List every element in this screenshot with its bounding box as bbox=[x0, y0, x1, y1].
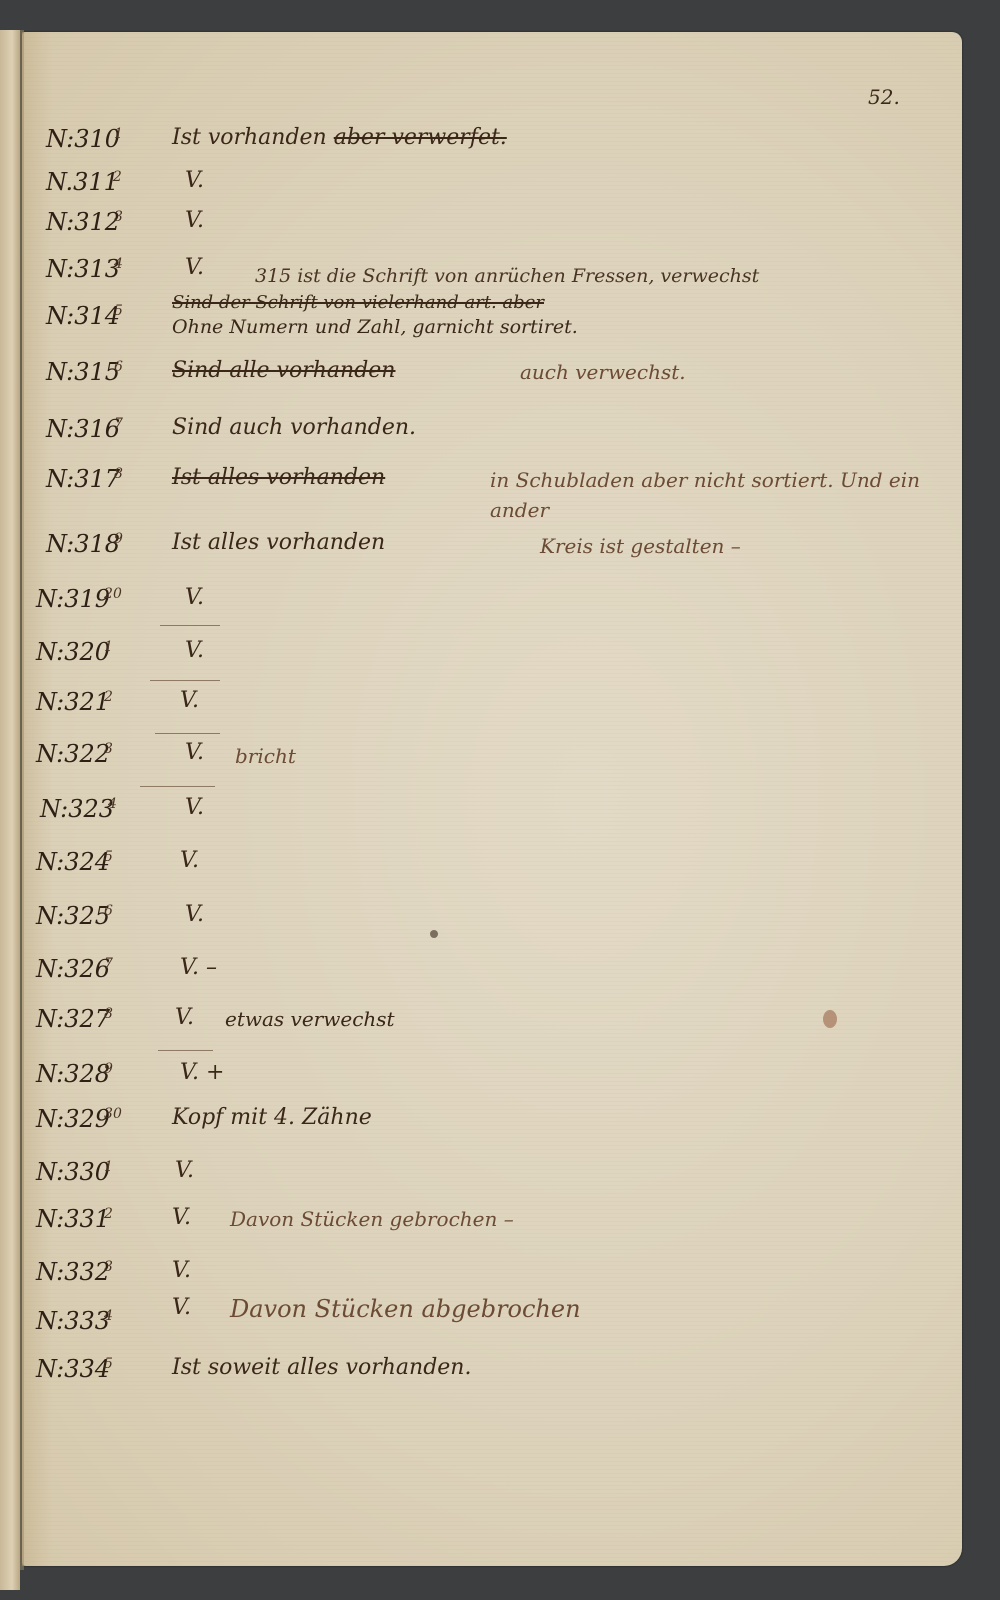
entry-row: N:3189 Ist alles vorhanden Kreis ist ges… bbox=[0, 530, 1000, 570]
entry-row: N:3201 V. bbox=[0, 638, 1000, 678]
margin-note-315: 315 ist die Schrift von anrüchen Fressen… bbox=[255, 265, 759, 287]
ink-stain bbox=[823, 1010, 837, 1028]
entry-number: N:3134 bbox=[46, 255, 123, 283]
entry-text: V. bbox=[175, 1158, 194, 1183]
entry-number: N:3245 bbox=[36, 848, 113, 876]
entry-number: N:3145 bbox=[46, 302, 123, 330]
ruled-separator bbox=[150, 680, 220, 681]
entry-row: N:3178 Ist alles vorhanden in Schubladen… bbox=[0, 465, 1000, 505]
entry-text: V. bbox=[185, 638, 204, 663]
entry-text: V. + bbox=[180, 1060, 224, 1085]
entry-text: Sind alle vorhanden bbox=[172, 358, 395, 383]
entry-number: N:3278 bbox=[36, 1005, 113, 1033]
entry-number: N:3312 bbox=[36, 1205, 113, 1233]
ink-spot bbox=[430, 930, 438, 938]
entry-row: N:3267 V. – bbox=[0, 955, 1000, 995]
entry-number: N:3101 bbox=[46, 125, 123, 153]
entry-note: Davon Stücken abgebrochen bbox=[230, 1295, 581, 1323]
page-number: 52. bbox=[868, 85, 900, 109]
entry-struck-line: Sind der Schrift von vielerhand art. abe… bbox=[172, 292, 544, 313]
entry-text: V. bbox=[180, 848, 199, 873]
entry-text: V. bbox=[172, 1258, 191, 1283]
entry-note: auch verwechst. bbox=[520, 360, 686, 384]
entry-text: V. bbox=[185, 168, 204, 193]
ruled-separator bbox=[160, 625, 220, 626]
entry-row: N:3223 V. bricht bbox=[0, 740, 1000, 780]
entry-number: N:3256 bbox=[36, 902, 113, 930]
entry-text: V. bbox=[175, 1005, 194, 1030]
entry-row: N:3301 V. bbox=[0, 1158, 1000, 1198]
entry-row: N:3101 Ist vorhanden aber verwerfet. bbox=[0, 125, 1000, 165]
entry-row: N:3312 V. Davon Stücken gebrochen – bbox=[0, 1205, 1000, 1245]
struck-text: aber verwerfet. bbox=[334, 125, 507, 150]
entry-text: Sind auch vorhanden. bbox=[172, 415, 416, 440]
entry-note: Kreis ist gestalten – bbox=[540, 534, 741, 558]
entry-number: N:3323 bbox=[36, 1258, 113, 1286]
entry-number: N:3234 bbox=[40, 795, 117, 823]
entry-row: N.3112 V. bbox=[0, 168, 1000, 208]
entry-row: N:3323 V. bbox=[0, 1258, 1000, 1298]
entry-text: Ist alles vorhanden bbox=[172, 530, 385, 555]
entry-number: N:3334 bbox=[36, 1307, 113, 1335]
entry-text: V. bbox=[172, 1295, 191, 1320]
entry-number: N:3267 bbox=[36, 955, 113, 983]
entry-text: V. – bbox=[180, 955, 217, 980]
entry-row: N:3212 V. bbox=[0, 688, 1000, 728]
entry-row: N:3278 V. etwas verwechst bbox=[0, 1005, 1000, 1045]
entry-number: N:3223 bbox=[36, 740, 113, 768]
entry-text: Ohne Numern und Zahl, garnicht sortiret. bbox=[172, 316, 578, 338]
entry-text: Ist vorhanden aber verwerfet. bbox=[172, 125, 507, 150]
entry-number: N:3301 bbox=[36, 1158, 113, 1186]
entry-number: N:3156 bbox=[46, 358, 123, 386]
entry-text: Ist alles vorhanden bbox=[172, 465, 385, 490]
entry-row: N:31920 V. bbox=[0, 585, 1000, 625]
entry-row: N:3345 Ist soweit alles vorhanden. bbox=[0, 1355, 1000, 1395]
ruled-separator bbox=[155, 733, 220, 734]
entry-note: in Schubladen aber nicht sortiert. Und e… bbox=[490, 465, 920, 525]
entry-number: N:3167 bbox=[46, 415, 123, 443]
entry-row: N:3123 V. bbox=[0, 208, 1000, 248]
entry-row: N:3167 Sind auch vorhanden. bbox=[0, 415, 1000, 455]
entry-number: N:3345 bbox=[36, 1355, 113, 1383]
entry-row: N:3234 V. bbox=[0, 795, 1000, 835]
entry-row: N:3156 Sind alle vorhanden auch verwechs… bbox=[0, 358, 1000, 398]
entry-number: N:3212 bbox=[36, 688, 113, 716]
entry-number: N.3112 bbox=[46, 168, 122, 196]
ruled-separator bbox=[140, 786, 215, 787]
entry-number: N:3189 bbox=[46, 530, 123, 558]
entry-row: N:3334 V. Davon Stücken abgebrochen bbox=[0, 1295, 1000, 1335]
entry-row: N:32930 Kopf mit 4. Zähne bbox=[0, 1105, 1000, 1145]
entry-text: V. bbox=[172, 1205, 191, 1230]
entry-text: V. bbox=[185, 902, 204, 927]
entry-number: N:3289 bbox=[36, 1060, 113, 1088]
entry-text: V. bbox=[185, 740, 204, 765]
entry-text: V. bbox=[185, 585, 204, 610]
entry-note: bricht bbox=[235, 744, 296, 768]
entry-number: N:32930 bbox=[36, 1105, 122, 1133]
entry-row: N:3245 V. bbox=[0, 848, 1000, 888]
entry-number: N:3123 bbox=[46, 208, 123, 236]
entry-row: N:3145 Sind der Schrift von vielerhand a… bbox=[0, 292, 1000, 332]
entry-row: N:3256 V. bbox=[0, 902, 1000, 942]
entry-note: etwas verwechst bbox=[225, 1007, 395, 1031]
entry-text: Kopf mit 4. Zähne bbox=[172, 1105, 372, 1130]
entry-text: V. bbox=[185, 795, 204, 820]
entry-row: N:3289 V. + bbox=[0, 1060, 1000, 1100]
entry-text: V. bbox=[185, 255, 204, 280]
entry-number: N:31920 bbox=[36, 585, 122, 613]
entry-text: V. bbox=[185, 208, 204, 233]
struck-note: Davon Stücken gebrochen – bbox=[230, 1207, 514, 1231]
entry-number: N:3178 bbox=[46, 465, 123, 493]
entry-text: Ist soweit alles vorhanden. bbox=[172, 1355, 471, 1380]
entry-number: N:3201 bbox=[36, 638, 113, 666]
ruled-separator bbox=[158, 1050, 213, 1051]
entry-text: V. bbox=[180, 688, 199, 713]
